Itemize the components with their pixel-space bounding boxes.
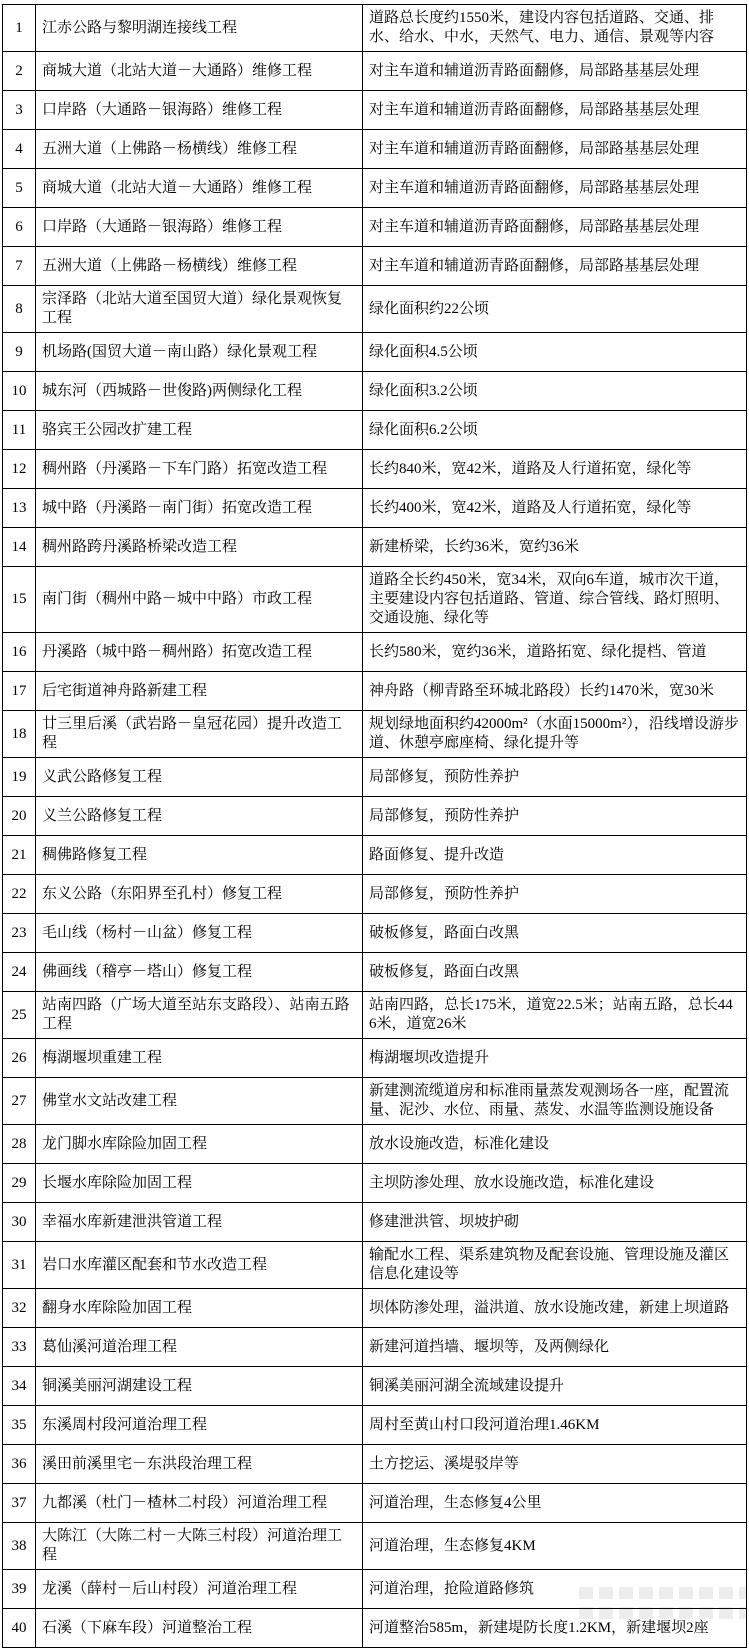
row-number: 33 bbox=[3, 1328, 36, 1367]
table-row: 35 东溪周村段河道治理工程 周村至黄山村口段河道治理1.46KM bbox=[3, 1406, 747, 1445]
project-name: 铜溪美丽河湖建设工程 bbox=[36, 1367, 363, 1406]
row-number: 12 bbox=[3, 450, 36, 489]
row-number: 20 bbox=[3, 797, 36, 836]
project-description: 对主车道和辅道沥青路面翻修，局部路基基层处理 bbox=[363, 169, 747, 208]
row-number: 37 bbox=[3, 1484, 36, 1523]
document-page: 1 江赤公路与黎明湖连接线工程 道路总长度约1550米，建设内容包括道路、交通、… bbox=[0, 0, 749, 1651]
project-description: 周村至黄山村口段河道治理1.46KM bbox=[363, 1406, 747, 1445]
table-row: 36 溪田前溪里宅－东洪段治理工程 土方挖运、溪堤驳岸等 bbox=[3, 1445, 747, 1484]
table-row: 38 大陈江（大陈二村－大陈三村段）河道治理工程 河道治理，生态修复4KM bbox=[3, 1523, 747, 1570]
project-description: 神舟路（柳青路至环城北路段）长约1470米，宽30米 bbox=[363, 672, 747, 711]
project-name: 东溪周村段河道治理工程 bbox=[36, 1406, 363, 1445]
row-number: 15 bbox=[3, 567, 36, 633]
project-name: 丹溪路（城中路－稠州路）拓宽改造工程 bbox=[36, 633, 363, 672]
project-name: 江赤公路与黎明湖连接线工程 bbox=[36, 5, 363, 52]
row-number: 7 bbox=[3, 247, 36, 286]
project-name: 幸福水库新建泄洪管道工程 bbox=[36, 1203, 363, 1242]
project-name: 后宅街道神舟路新建工程 bbox=[36, 672, 363, 711]
project-name: 毛山线（杨村－山盆）修复工程 bbox=[36, 914, 363, 953]
project-description: 局部修复，预防性养护 bbox=[363, 797, 747, 836]
project-description: 对主车道和辅道沥青路面翻修，局部路基基层处理 bbox=[363, 208, 747, 247]
project-name: 南门街（稠州中路－城中中路）市政工程 bbox=[36, 567, 363, 633]
project-name: 大陈江（大陈二村－大陈三村段）河道治理工程 bbox=[36, 1523, 363, 1570]
table-row: 26 梅湖堰坝重建工程 梅湖堰坝改造提升 bbox=[3, 1039, 747, 1078]
project-description: 修建泄洪管、坝坡护砌 bbox=[363, 1203, 747, 1242]
project-description: 绿化面积6.2公顷 bbox=[363, 411, 747, 450]
row-number: 40 bbox=[3, 1609, 36, 1648]
project-description: 放水设施改造，标准化建设 bbox=[363, 1125, 747, 1164]
project-description: 河道治理，生态修复4KM bbox=[363, 1523, 747, 1570]
project-description: 长约840米，宽42米，道路及人行道拓宽，绿化等 bbox=[363, 450, 747, 489]
project-name: 口岸路（大通路－银海路）维修工程 bbox=[36, 208, 363, 247]
table-row: 30 幸福水库新建泄洪管道工程 修建泄洪管、坝坡护砌 bbox=[3, 1203, 747, 1242]
table-row: 21 稠佛路修复工程 路面修复、提升改造 bbox=[3, 836, 747, 875]
table-row: 2 商城大道（北站大道－大通路）维修工程 对主车道和辅道沥青路面翻修，局部路基基… bbox=[3, 52, 747, 91]
row-number: 32 bbox=[3, 1289, 36, 1328]
project-name: 东义公路（东阳界至孔村）修复工程 bbox=[36, 875, 363, 914]
project-name: 龙溪（薛村－后山村段）河道治理工程 bbox=[36, 1570, 363, 1609]
project-name: 骆宾王公园改扩建工程 bbox=[36, 411, 363, 450]
row-number: 11 bbox=[3, 411, 36, 450]
project-description: 新建测流缆道房和标准雨量蒸发观测场各一座，配置流量、泥沙、水位、雨量、蒸发、水温… bbox=[363, 1078, 747, 1125]
project-name: 口岸路（大通路－银海路）维修工程 bbox=[36, 91, 363, 130]
project-description: 局部修复，预防性养护 bbox=[363, 875, 747, 914]
table-row: 7 五洲大道（上佛路－杨横线）维修工程 对主车道和辅道沥青路面翻修，局部路基基层… bbox=[3, 247, 747, 286]
table-row: 27 佛堂水文站改建工程 新建测流缆道房和标准雨量蒸发观测场各一座，配置流量、泥… bbox=[3, 1078, 747, 1125]
row-number: 23 bbox=[3, 914, 36, 953]
table-row: 3 口岸路（大通路－银海路）维修工程 对主车道和辅道沥青路面翻修，局部路基基层处… bbox=[3, 91, 747, 130]
row-number: 16 bbox=[3, 633, 36, 672]
project-description: 新建桥梁，长约36米，宽约36米 bbox=[363, 528, 747, 567]
table-row: 28 龙门脚水库除险加固工程 放水设施改造，标准化建设 bbox=[3, 1125, 747, 1164]
project-description: 河道整治585m，新建堤防长度1.2KM，新建堰坝2座 bbox=[363, 1609, 747, 1648]
table-row: 5 商城大道（北站大道－大通路）维修工程 对主车道和辅道沥青路面翻修，局部路基基… bbox=[3, 169, 747, 208]
row-number: 27 bbox=[3, 1078, 36, 1125]
table-row: 25 站南四路（广场大道至站东支路段）、站南五路工程 站南四路，总长175米，道… bbox=[3, 992, 747, 1039]
row-number: 18 bbox=[3, 711, 36, 758]
project-name: 义兰公路修复工程 bbox=[36, 797, 363, 836]
table-row: 40 石溪（下麻车段）河道整治工程 河道整治585m，新建堤防长度1.2KM，新… bbox=[3, 1609, 747, 1648]
table-row: 12 稠州路（丹溪路－下车门路）拓宽改造工程 长约840米，宽42米，道路及人行… bbox=[3, 450, 747, 489]
row-number: 35 bbox=[3, 1406, 36, 1445]
row-number: 9 bbox=[3, 333, 36, 372]
project-name: 商城大道（北站大道－大通路）维修工程 bbox=[36, 169, 363, 208]
table-row: 11 骆宾王公园改扩建工程 绿化面积6.2公顷 bbox=[3, 411, 747, 450]
project-description: 主坝防渗处理、放水设施改造，标准化建设 bbox=[363, 1164, 747, 1203]
project-description: 路面修复、提升改造 bbox=[363, 836, 747, 875]
row-number: 22 bbox=[3, 875, 36, 914]
row-number: 29 bbox=[3, 1164, 36, 1203]
project-name: 稠州路（丹溪路－下车门路）拓宽改造工程 bbox=[36, 450, 363, 489]
row-number: 31 bbox=[3, 1242, 36, 1289]
table-row: 8 宗泽路（北站大道至国贸大道）绿化景观恢复工程 绿化面积约22公顷 bbox=[3, 286, 747, 333]
row-number: 13 bbox=[3, 489, 36, 528]
row-number: 30 bbox=[3, 1203, 36, 1242]
row-number: 26 bbox=[3, 1039, 36, 1078]
project-name: 梅湖堰坝重建工程 bbox=[36, 1039, 363, 1078]
project-name: 九都溪（杜门－楂林二村段）河道治理工程 bbox=[36, 1484, 363, 1523]
table-row: 16 丹溪路（城中路－稠州路）拓宽改造工程 长约580米，宽约36米，道路拓宽、… bbox=[3, 633, 747, 672]
row-number: 24 bbox=[3, 953, 36, 992]
project-name: 石溪（下麻车段）河道整治工程 bbox=[36, 1609, 363, 1648]
project-description: 坝体防渗处理，溢洪道、放水设施改建，新建上坝道路 bbox=[363, 1289, 747, 1328]
table-row: 9 机场路(国贸大道－南山路）绿化景观工程 绿化面积4.5公顷 bbox=[3, 333, 747, 372]
project-name: 站南四路（广场大道至站东支路段）、站南五路工程 bbox=[36, 992, 363, 1039]
table-row: 23 毛山线（杨村－山盆）修复工程 破板修复，路面白改黑 bbox=[3, 914, 747, 953]
row-number: 28 bbox=[3, 1125, 36, 1164]
row-number: 2 bbox=[3, 52, 36, 91]
row-number: 1 bbox=[3, 5, 36, 52]
project-description: 道路总长度约1550米，建设内容包括道路、交通、排水、给水、中水，天然气、电力、… bbox=[363, 5, 747, 52]
table-row: 1 江赤公路与黎明湖连接线工程 道路总长度约1550米，建设内容包括道路、交通、… bbox=[3, 5, 747, 52]
project-description: 梅湖堰坝改造提升 bbox=[363, 1039, 747, 1078]
table-row: 22 东义公路（东阳界至孔村）修复工程 局部修复，预防性养护 bbox=[3, 875, 747, 914]
project-description: 长约400米，宽42米，道路及人行道拓宽，绿化等 bbox=[363, 489, 747, 528]
project-name: 机场路(国贸大道－南山路）绿化景观工程 bbox=[36, 333, 363, 372]
project-description: 站南四路，总长175米，道宽22.5米；站南五路，总长446米，道宽26米 bbox=[363, 992, 747, 1039]
table-row: 18 廿三里后溪（武岩路－皇冠花园）提升改造工程 规划绿地面积约42000m²（… bbox=[3, 711, 747, 758]
project-name: 翻身水库除险加固工程 bbox=[36, 1289, 363, 1328]
project-name: 义武公路修复工程 bbox=[36, 758, 363, 797]
project-name: 佛堂水文站改建工程 bbox=[36, 1078, 363, 1125]
table-row: 19 义武公路修复工程 局部修复，预防性养护 bbox=[3, 758, 747, 797]
table-row: 32 翻身水库除险加固工程 坝体防渗处理，溢洪道、放水设施改建，新建上坝道路 bbox=[3, 1289, 747, 1328]
row-number: 5 bbox=[3, 169, 36, 208]
row-number: 8 bbox=[3, 286, 36, 333]
project-name: 长堰水库除险加固工程 bbox=[36, 1164, 363, 1203]
row-number: 17 bbox=[3, 672, 36, 711]
project-name: 葛仙溪河道治理工程 bbox=[36, 1328, 363, 1367]
table-row: 14 稠州路跨丹溪路桥梁改造工程 新建桥梁，长约36米，宽约36米 bbox=[3, 528, 747, 567]
row-number: 21 bbox=[3, 836, 36, 875]
project-description: 河道治理，抢险道路修筑 bbox=[363, 1570, 747, 1609]
row-number: 34 bbox=[3, 1367, 36, 1406]
table-row: 13 城中路（丹溪路－南门街）拓宽改造工程 长约400米，宽42米，道路及人行道… bbox=[3, 489, 747, 528]
project-description: 对主车道和辅道沥青路面翻修，局部路基基层处理 bbox=[363, 130, 747, 169]
table-row: 6 口岸路（大通路－银海路）维修工程 对主车道和辅道沥青路面翻修，局部路基基层处… bbox=[3, 208, 747, 247]
table-row: 29 长堰水库除险加固工程 主坝防渗处理、放水设施改造，标准化建设 bbox=[3, 1164, 747, 1203]
project-name: 岩口水库灌区配套和节水改造工程 bbox=[36, 1242, 363, 1289]
projects-table: 1 江赤公路与黎明湖连接线工程 道路总长度约1550米，建设内容包括道路、交通、… bbox=[2, 4, 747, 1648]
table-row: 33 葛仙溪河道治理工程 新建河道挡墙、堰坝等，及两侧绿化 bbox=[3, 1328, 747, 1367]
project-name: 溪田前溪里宅－东洪段治理工程 bbox=[36, 1445, 363, 1484]
table-row: 39 龙溪（薛村－后山村段）河道治理工程 河道治理，抢险道路修筑 bbox=[3, 1570, 747, 1609]
project-name: 稠佛路修复工程 bbox=[36, 836, 363, 875]
project-description: 绿化面积约22公顷 bbox=[363, 286, 747, 333]
project-description: 对主车道和辅道沥青路面翻修，局部路基基层处理 bbox=[363, 52, 747, 91]
project-description: 道路全长约450米，宽34米，双向6车道，城市次干道，主要建设内容包括道路、管道… bbox=[363, 567, 747, 633]
table-row: 15 南门街（稠州中路－城中中路）市政工程 道路全长约450米，宽34米，双向6… bbox=[3, 567, 747, 633]
project-description: 输配水工程、渠系建筑物及配套设施、管理设施及灌区信息化建设等 bbox=[363, 1242, 747, 1289]
row-number: 39 bbox=[3, 1570, 36, 1609]
project-description: 绿化面积3.2公顷 bbox=[363, 372, 747, 411]
project-name: 城中路（丹溪路－南门街）拓宽改造工程 bbox=[36, 489, 363, 528]
project-description: 破板修复，路面白改黑 bbox=[363, 953, 747, 992]
project-description: 局部修复，预防性养护 bbox=[363, 758, 747, 797]
project-description: 对主车道和辅道沥青路面翻修，局部路基基层处理 bbox=[363, 91, 747, 130]
table-body: 1 江赤公路与黎明湖连接线工程 道路总长度约1550米，建设内容包括道路、交通、… bbox=[3, 5, 747, 1648]
project-name: 商城大道（北站大道－大通路）维修工程 bbox=[36, 52, 363, 91]
project-name: 稠州路跨丹溪路桥梁改造工程 bbox=[36, 528, 363, 567]
project-description: 铜溪美丽河湖全流域建设提升 bbox=[363, 1367, 747, 1406]
row-number: 3 bbox=[3, 91, 36, 130]
project-name: 龙门脚水库除险加固工程 bbox=[36, 1125, 363, 1164]
project-description: 破板修复，路面白改黑 bbox=[363, 914, 747, 953]
row-number: 6 bbox=[3, 208, 36, 247]
project-name: 城东河（西城路－世俊路)两侧绿化工程 bbox=[36, 372, 363, 411]
project-description: 规划绿地面积约42000m²（水面15000m²），沿线增设游步道、休憩亭廊座椅… bbox=[363, 711, 747, 758]
table-row: 4 五洲大道（上佛路－杨横线）维修工程 对主车道和辅道沥青路面翻修，局部路基基层… bbox=[3, 130, 747, 169]
project-name: 五洲大道（上佛路－杨横线）维修工程 bbox=[36, 130, 363, 169]
project-name: 佛画线（稽亭－塔山）修复工程 bbox=[36, 953, 363, 992]
row-number: 10 bbox=[3, 372, 36, 411]
row-number: 4 bbox=[3, 130, 36, 169]
table-row: 37 九都溪（杜门－楂林二村段）河道治理工程 河道治理，生态修复4公里 bbox=[3, 1484, 747, 1523]
table-row: 20 义兰公路修复工程 局部修复，预防性养护 bbox=[3, 797, 747, 836]
project-description: 绿化面积4.5公顷 bbox=[363, 333, 747, 372]
project-description: 土方挖运、溪堤驳岸等 bbox=[363, 1445, 747, 1484]
table-row: 24 佛画线（稽亭－塔山）修复工程 破板修复，路面白改黑 bbox=[3, 953, 747, 992]
table-row: 10 城东河（西城路－世俊路)两侧绿化工程 绿化面积3.2公顷 bbox=[3, 372, 747, 411]
table-row: 31 岩口水库灌区配套和节水改造工程 输配水工程、渠系建筑物及配套设施、管理设施… bbox=[3, 1242, 747, 1289]
row-number: 14 bbox=[3, 528, 36, 567]
project-name: 廿三里后溪（武岩路－皇冠花园）提升改造工程 bbox=[36, 711, 363, 758]
row-number: 36 bbox=[3, 1445, 36, 1484]
table-row: 34 铜溪美丽河湖建设工程 铜溪美丽河湖全流域建设提升 bbox=[3, 1367, 747, 1406]
table-row: 17 后宅街道神舟路新建工程 神舟路（柳青路至环城北路段）长约1470米，宽30… bbox=[3, 672, 747, 711]
row-number: 38 bbox=[3, 1523, 36, 1570]
project-description: 河道治理，生态修复4公里 bbox=[363, 1484, 747, 1523]
project-name: 五洲大道（上佛路－杨横线）维修工程 bbox=[36, 247, 363, 286]
project-name: 宗泽路（北站大道至国贸大道）绿化景观恢复工程 bbox=[36, 286, 363, 333]
project-description: 对主车道和辅道沥青路面翻修，局部路基基层处理 bbox=[363, 247, 747, 286]
row-number: 25 bbox=[3, 992, 36, 1039]
project-description: 新建河道挡墙、堰坝等，及两侧绿化 bbox=[363, 1328, 747, 1367]
project-description: 长约580米，宽约36米，道路拓宽、绿化提档、管道 bbox=[363, 633, 747, 672]
row-number: 19 bbox=[3, 758, 36, 797]
